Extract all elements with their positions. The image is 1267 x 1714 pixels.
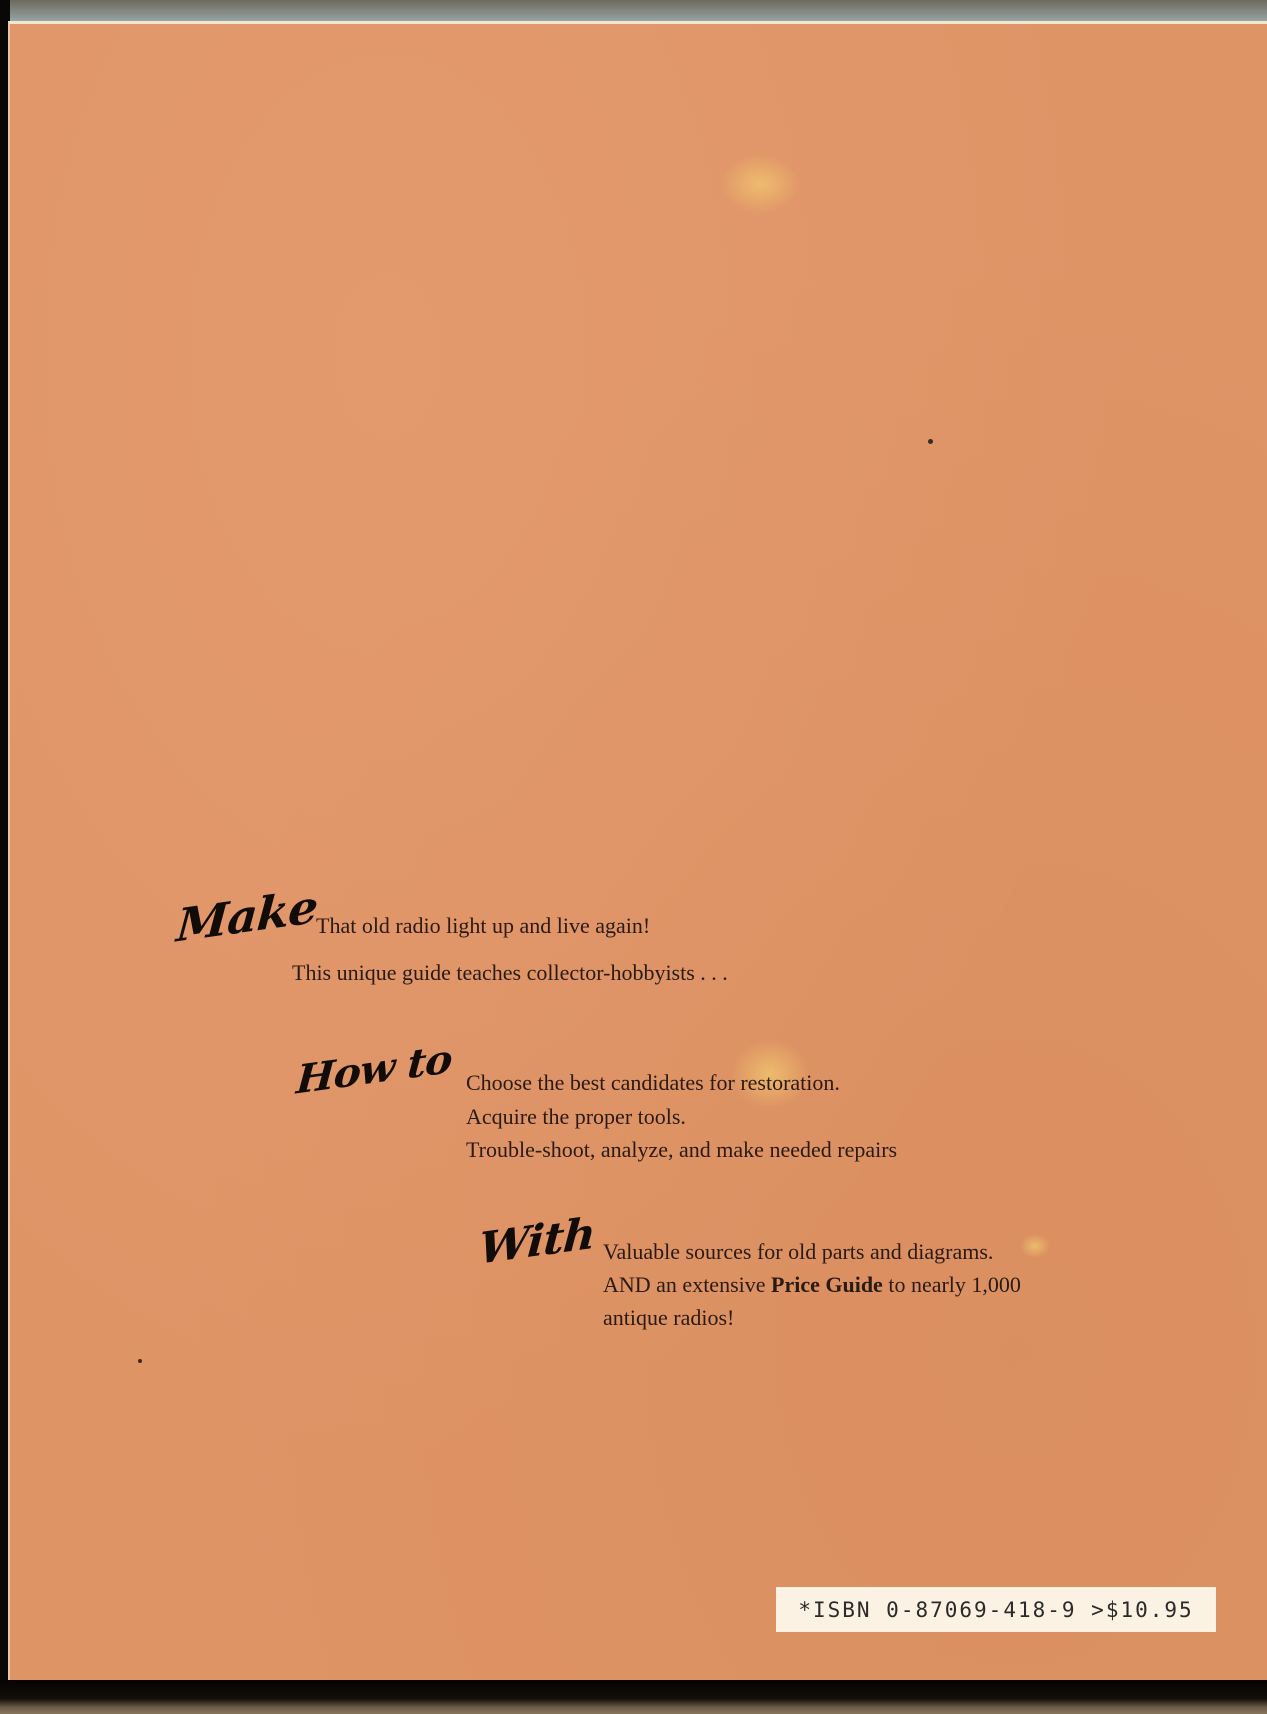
scuff-mark xyxy=(1020,1234,1050,1258)
with-line-1: Valuable sources for old parts and diagr… xyxy=(603,1239,993,1265)
speck xyxy=(138,1359,142,1363)
scuff-mark xyxy=(720,154,800,214)
heading-with: With xyxy=(477,1208,597,1274)
heading-how-to: How to xyxy=(295,1036,453,1104)
price-guide-suffix: to nearly 1,000 xyxy=(883,1272,1021,1297)
price-guide-bold: Price Guide xyxy=(771,1272,883,1297)
with-line-2: AND an extensive Price Guide to nearly 1… xyxy=(603,1272,1021,1298)
make-line-2: This unique guide teaches collector-hobb… xyxy=(292,960,728,986)
how-to-line-2: Acquire the proper tools. xyxy=(466,1104,686,1130)
make-line-1: That old radio light up and live again! xyxy=(316,913,650,939)
book-back-cover: Make That old radio light up and live ag… xyxy=(8,21,1267,1682)
isbn-price-label: *ISBN 0-87069-418-9 >$10.95 xyxy=(776,1587,1216,1632)
heading-make: Make xyxy=(175,880,319,953)
isbn-text: *ISBN 0-87069-418-9 >$10.95 xyxy=(798,1598,1193,1622)
speck xyxy=(928,439,933,444)
scan-background-bottom xyxy=(0,1680,1267,1714)
price-guide-prefix: AND an extensive xyxy=(603,1272,771,1297)
how-to-line-1: Choose the best candidates for restorati… xyxy=(466,1070,840,1096)
with-line-3: antique radios! xyxy=(603,1305,734,1331)
how-to-line-3: Trouble-shoot, analyze, and make needed … xyxy=(466,1137,897,1163)
